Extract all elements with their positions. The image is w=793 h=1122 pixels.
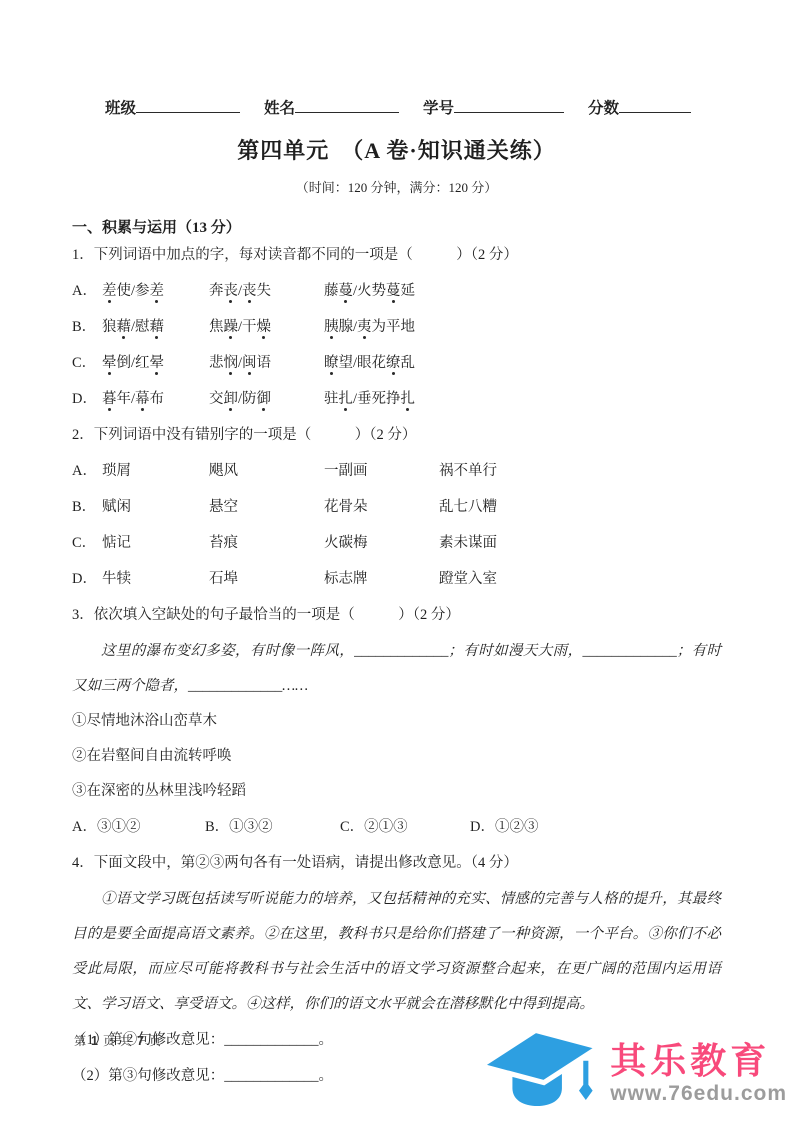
score-label: 分数 xyxy=(588,100,619,117)
logo-brand-name: 其乐教育 xyxy=(610,1041,770,1081)
total-page-number: 7 xyxy=(137,1034,145,1048)
option-label: B． xyxy=(72,489,102,525)
paper-title: 第四单元 （A 卷·知识通关练） xyxy=(72,134,721,165)
q2-option-row-a: A． 琐屑 飓风 一副画 祸不单行 xyxy=(72,453,721,489)
choice-c: C．②①③ xyxy=(340,809,470,845)
word: 牛犊 xyxy=(102,561,209,597)
q1-option-row-a: A． 差使/参差 奔丧/丧失 藤蔓/火势蔓延 xyxy=(72,273,721,309)
q4-passage: ①语文学习既包括读写听说能力的培养，又包括精神的充实、情感的完善与人格的提升，其… xyxy=(72,882,721,1022)
logo-website-url: www.76edu.com xyxy=(610,1081,787,1107)
score-field: 分数 xyxy=(588,96,691,118)
current-page-number: 1 xyxy=(91,1034,99,1048)
q3-choices-row: A．③①② B．①③② C．②①③ D．①②③ xyxy=(72,809,721,845)
option-label: D． xyxy=(72,561,102,597)
word: 悬空 xyxy=(209,489,324,525)
word: 素未谋面 xyxy=(439,525,721,561)
graduation-cap-icon xyxy=(480,1026,608,1121)
word-pair: 驻扎/垂死挣扎 xyxy=(324,381,721,417)
q3-passage: 这里的瀑布变幻多姿，有时像一阵风，_____________；有时如漫天大雨，_… xyxy=(72,634,721,704)
word: 石埠 xyxy=(209,561,324,597)
student-id-blank-line xyxy=(454,98,564,113)
q2-option-row-c: C． 惦记 苔痕 火碳梅 素未谋面 xyxy=(72,525,721,561)
word: 一副画 xyxy=(324,453,439,489)
class-field: 班级 xyxy=(105,96,240,118)
word: 祸不单行 xyxy=(439,453,721,489)
option-label: A． xyxy=(72,453,102,489)
footer-text: 页 xyxy=(145,1034,162,1048)
word: 乱七八糟 xyxy=(439,489,721,525)
q1-stem: 1．下列词语中加点的字，每对读音都不同的一项是（ ）（2 分） xyxy=(72,237,721,273)
word-pair: 焦躁/干燥 xyxy=(209,309,324,345)
section-heading: 一、积累与运用（13 分） xyxy=(72,216,721,237)
option-label: C． xyxy=(72,525,102,561)
name-field: 姓名 xyxy=(264,96,399,118)
q2-option-row-b: B． 赋闲 悬空 花骨朵 乱七八糟 xyxy=(72,489,721,525)
paper-subtitle: （时间：120 分钟，满分：120 分） xyxy=(72,177,721,196)
q1-option-row-d: D． 暮年/幕布 交卸/防御 驻扎/垂死挣扎 xyxy=(72,381,721,417)
option-label: B． xyxy=(72,309,102,345)
word: 标志牌 xyxy=(324,561,439,597)
choice-d: D．①②③ xyxy=(470,809,721,845)
word-pair: 差使/参差 xyxy=(102,273,209,309)
word: 飓风 xyxy=(209,453,324,489)
word: 火碳梅 xyxy=(324,525,439,561)
option-label: D． xyxy=(72,381,102,417)
student-id-field: 学号 xyxy=(423,96,564,118)
option-label: C． xyxy=(72,345,102,381)
word-pair: 藤蔓/火势蔓延 xyxy=(324,273,721,309)
word: 赋闲 xyxy=(102,489,209,525)
q2-option-row-d: D． 牛犊 石埠 标志牌 蹬堂入室 xyxy=(72,561,721,597)
word-pair: 交卸/防御 xyxy=(209,381,324,417)
page-number-footer: 第 1 页 共 7 页 xyxy=(74,1032,162,1049)
word: 蹬堂入室 xyxy=(439,561,721,597)
score-blank-line xyxy=(619,98,691,113)
q3-stem: 3．依次填入空缺处的句子最恰当的一项是（ ）（2 分） xyxy=(72,597,721,633)
q3-item-1: ①尽情地沐浴山峦草木 xyxy=(72,704,721,739)
word-pair: 狼藉/慰藉 xyxy=(102,309,209,345)
word-pair: 胰腺/夷为平地 xyxy=(324,309,721,345)
q1-option-row-b: B． 狼藉/慰藉 焦躁/干燥 胰腺/夷为平地 xyxy=(72,309,721,345)
word: 花骨朵 xyxy=(324,489,439,525)
header-fields-row: 班级 姓名 学号 分数 xyxy=(72,96,721,118)
word-pair: 暮年/幕布 xyxy=(102,381,209,417)
choice-a: A．③①② xyxy=(72,809,205,845)
q3-item-3: ③在深密的丛林里浅吟轻蹈 xyxy=(72,774,721,809)
name-blank-line xyxy=(295,98,399,113)
q1-option-row-c: C． 晕倒/红晕 悲悯/闽语 瞭望/眼花缭乱 xyxy=(72,345,721,381)
publisher-logo: 其乐教育 www.76edu.com xyxy=(480,1026,787,1121)
q2-stem: 2．下列词语中没有错别字的一项是（ ）（2 分） xyxy=(72,417,721,453)
word: 苔痕 xyxy=(209,525,324,561)
class-blank-line xyxy=(136,98,240,113)
student-id-label: 学号 xyxy=(423,100,454,117)
option-label: A． xyxy=(72,273,102,309)
word-pair: 奔丧/丧失 xyxy=(209,273,324,309)
q3-item-2: ②在岩壑间自由流转呼唤 xyxy=(72,739,721,774)
word: 惦记 xyxy=(102,525,209,561)
word-pair: 晕倒/红晕 xyxy=(102,345,209,381)
name-label: 姓名 xyxy=(264,100,295,117)
footer-text: 页 共 xyxy=(99,1034,137,1048)
word-pair: 瞭望/眼花缭乱 xyxy=(324,345,721,381)
q4-stem: 4．下面文段中，第②③两句各有一处语病，请提出修改意见。（4 分） xyxy=(72,845,721,881)
word-pair: 悲悯/闽语 xyxy=(209,345,324,381)
footer-text: 第 xyxy=(74,1034,91,1048)
word: 琐屑 xyxy=(102,453,209,489)
exam-paper-page: 班级 姓名 学号 分数 第四单元 （A 卷·知识通关练） （时间：120 分钟，… xyxy=(0,0,793,1122)
class-label: 班级 xyxy=(105,100,136,117)
choice-b: B．①③② xyxy=(205,809,340,845)
